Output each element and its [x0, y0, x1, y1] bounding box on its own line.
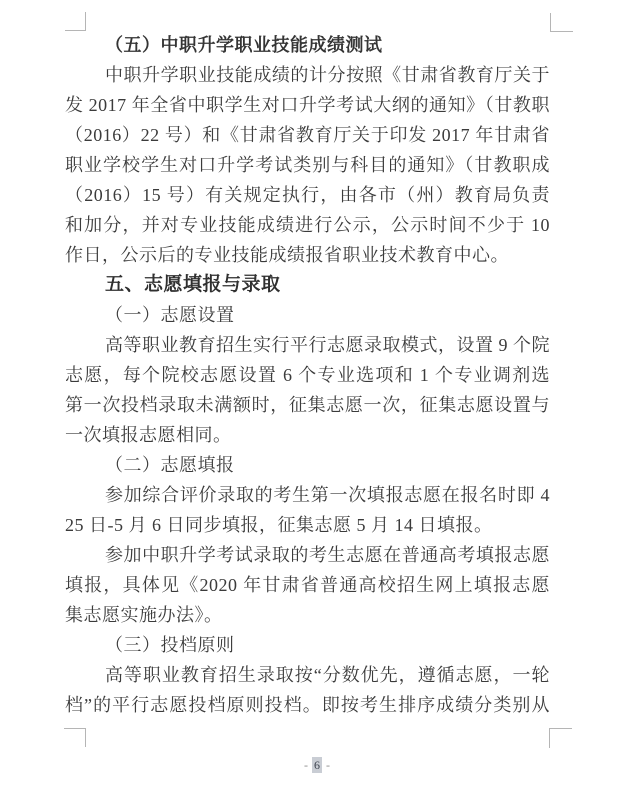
text-line: （2016）22 号）和《甘肃省教育厅关于印发 2017 年甘肃省中等: [65, 120, 550, 150]
page-number-dash-right: -: [326, 758, 330, 772]
text-boundary-mark-bottom-right: [549, 728, 572, 748]
text-boundary-mark-bottom-left: [64, 728, 86, 747]
text-line: 高等职业教育招生录取按“分数优先，遵循志愿，一轮投: [65, 660, 550, 690]
heading-line: （五）中职升学职业技能成绩测试: [65, 30, 550, 60]
text-line: 填报，具体见《2020 年甘肃省普通高校招生网上填报志愿及征: [65, 570, 550, 600]
document-text-area: （五）中职升学职业技能成绩测试中职升学职业技能成绩的计分按照《甘肃省教育厅关于印…: [65, 30, 550, 720]
text-line: 参加中职升学考试录取的考生志愿在普通高考填报志愿时: [65, 540, 550, 570]
text-line: 参加综合评价录取的考生第一次填报志愿在报名时即 4 月: [65, 480, 550, 510]
page-number-dash-left: -: [304, 758, 308, 772]
heading-line: 五、志愿填报与录取: [65, 270, 550, 300]
page-number: 6: [312, 757, 322, 773]
text-line: 发 2017 年全省中职学生对口升学考试大纲的通知》（甘教职成: [65, 90, 550, 120]
text-line: （2016）15 号）有关规定执行，由各市（州）教育局负责审核: [65, 180, 550, 210]
text-boundary-mark-top-left: [65, 12, 86, 31]
text-line: 档”的平行志愿投档原则投档。即按考生排序成绩分类别从高: [65, 690, 550, 720]
text-line: 集志愿实施办法》。: [65, 600, 550, 630]
text-line: 高等职业教育招生实行平行志愿录取模式，设置 9 个院校: [65, 330, 550, 360]
text-line: 和加分，并对专业技能成绩进行公示，公示时间不少于 10 个工: [65, 210, 550, 240]
text-line: （二）志愿填报: [65, 450, 550, 480]
text-line: 职业学校学生对口升学考试类别与科目的通知》（甘教职成: [65, 150, 550, 180]
text-line: 一次填报志愿相同。: [65, 420, 550, 450]
text-line: 作日，公示后的专业技能成绩报省职业技术教育中心。: [65, 240, 550, 270]
text-line: 第一次投档录取未满额时，征集志愿一次，征集志愿设置与第: [65, 390, 550, 420]
text-line: （一）志愿设置: [65, 300, 550, 330]
text-boundary-mark-top-right: [550, 13, 573, 32]
document-page: （五）中职升学职业技能成绩测试中职升学职业技能成绩的计分按照《甘肃省教育厅关于印…: [0, 0, 634, 806]
text-line: 25 日-5 月 6 日同步填报，征集志愿 5 月 14 日填报。: [65, 510, 550, 540]
page-footer: -6-: [0, 757, 634, 773]
text-line: 志愿，每个院校志愿设置 6 个专业选项和 1 个专业调剂选项。: [65, 360, 550, 390]
text-line: 中职升学职业技能成绩的计分按照《甘肃省教育厅关于印: [65, 60, 550, 90]
text-line: （三）投档原则: [65, 630, 550, 660]
